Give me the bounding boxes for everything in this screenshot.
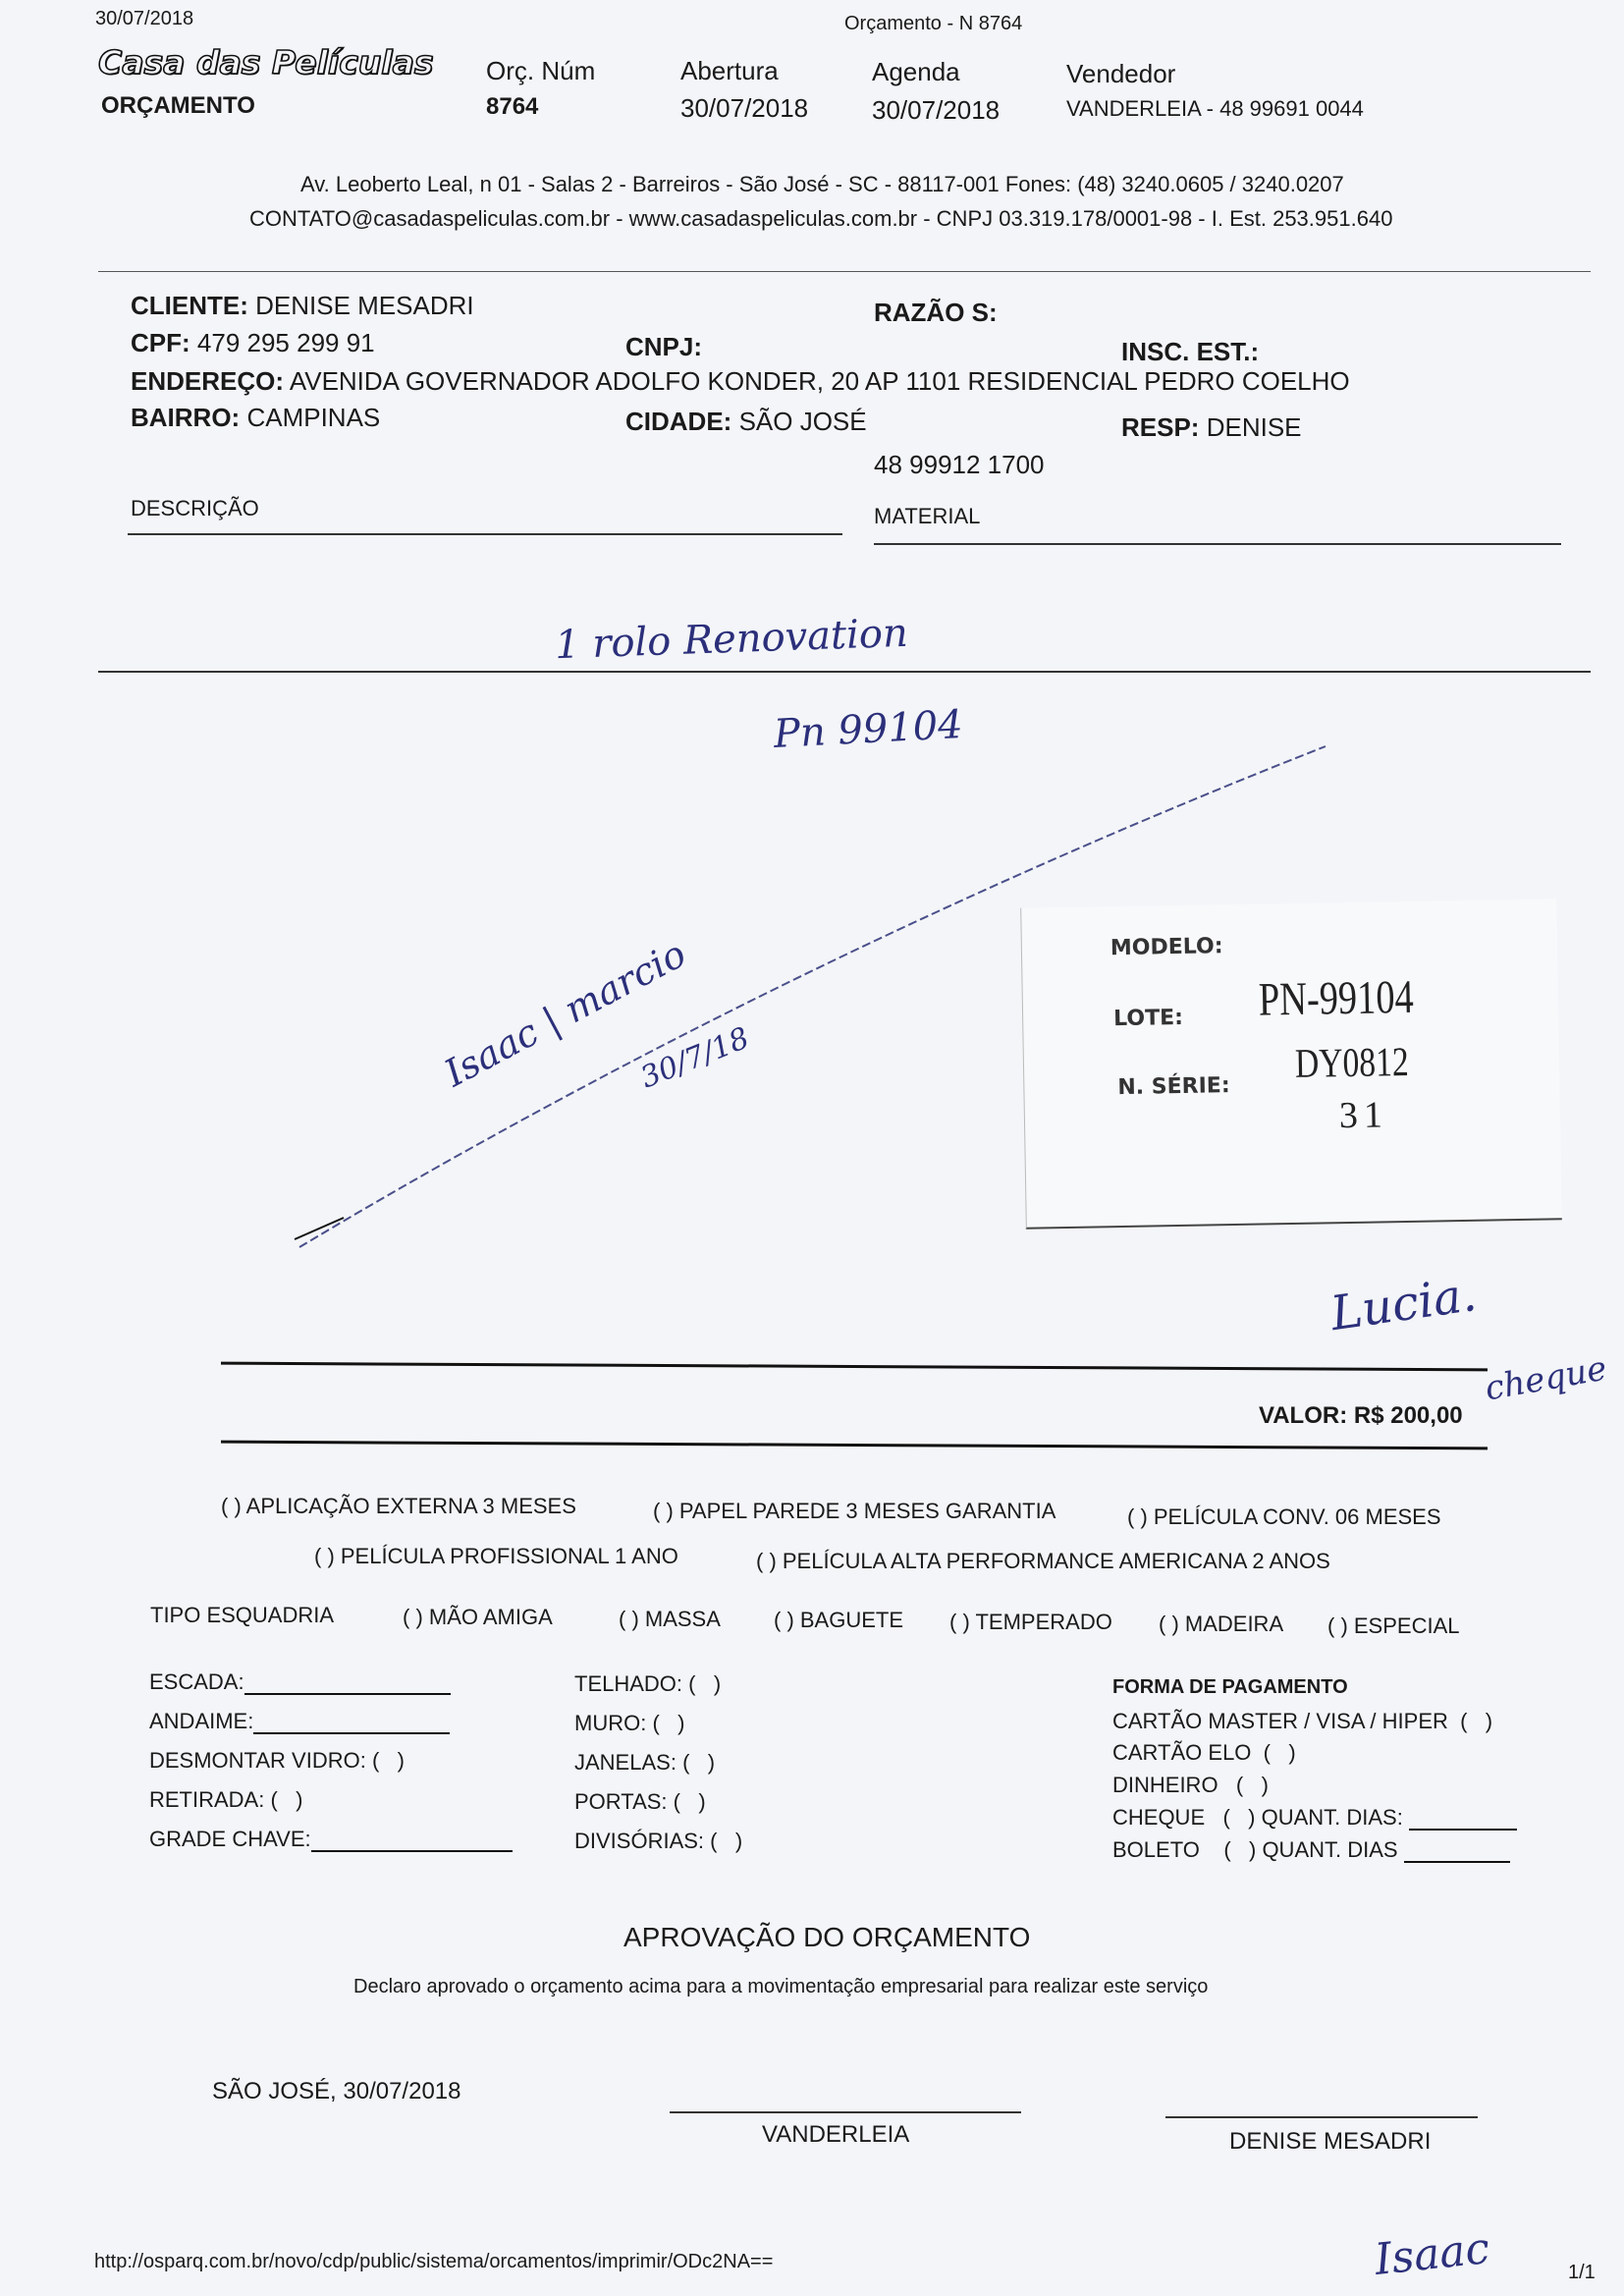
description-line (98, 671, 1591, 673)
retirada-field[interactable]: RETIRADA: ( ) (149, 1787, 302, 1813)
lote-value: DY0812 (1295, 1039, 1410, 1088)
valor-field: VALOR: R$ 200,00 (1259, 1402, 1463, 1430)
client-signature-line (1165, 2116, 1478, 2118)
payment-card-elo[interactable]: CARTÃO ELO ( ) (1112, 1740, 1296, 1766)
cliente-field: CLIENTE: DENISE MESADRI (131, 291, 474, 321)
insc-est-label: INSC. EST.: (1121, 337, 1259, 367)
handwritten-description: 1 rolo Renovation (554, 611, 908, 669)
esquadria-label: TIPO ESQUADRIA (150, 1603, 334, 1628)
seller-name: VANDERLEIA (762, 2121, 909, 2149)
esquadria-massa[interactable]: ( ) MASSA (619, 1607, 721, 1632)
desmontar-vidro-field[interactable]: DESMONTAR VIDRO: ( ) (149, 1748, 405, 1774)
payment-card-master[interactable]: CARTÃO MASTER / VISA / HIPER ( ) (1112, 1709, 1492, 1734)
warranty-option-external[interactable]: ( ) APLICAÇÃO EXTERNA 3 MESES (221, 1494, 576, 1519)
vendedor-value: VANDERLEIA - 48 99691 0044 (1066, 96, 1364, 122)
warranty-option-high-performance[interactable]: ( ) PELÍCULA ALTA PERFORMANCE AMERICANA … (756, 1549, 1330, 1574)
page-number: 1/1 (1568, 2262, 1596, 2284)
esquadria-mao-amiga[interactable]: ( ) MÃO AMIGA (403, 1605, 553, 1630)
esquadria-baguete[interactable]: ( ) BAGUETE (774, 1608, 903, 1633)
doc-type: ORÇAMENTO (101, 92, 255, 120)
esquadria-madeira[interactable]: ( ) MADEIRA (1159, 1612, 1283, 1637)
valor-top-line (221, 1362, 1488, 1372)
approval-title: APROVAÇÃO DO ORÇAMENTO (623, 1922, 1030, 1953)
descricao-label: DESCRIÇÃO (131, 496, 259, 521)
material-label: MATERIAL (874, 504, 980, 529)
muro-field[interactable]: MURO: ( ) (574, 1711, 684, 1736)
warranty-option-conv[interactable]: ( ) PELÍCULA CONV. 06 MESES (1127, 1504, 1441, 1530)
approval-statement: Declaro aprovado o orçamento acima para … (353, 1976, 1208, 1998)
payment-cash[interactable]: DINHEIRO ( ) (1112, 1773, 1269, 1798)
product-label-sticker: MODELO: PN-99104 LOTE: DY0812 N. SÉRIE: … (1020, 899, 1562, 1229)
place-date: SÃO JOSÉ, 30/07/2018 (212, 2078, 461, 2105)
agenda-label: Agenda (872, 57, 960, 87)
resp-phone: 48 99912 1700 (874, 450, 1045, 480)
client-name: DENISE MESADRI (1229, 2128, 1431, 2156)
seller-signature-line (670, 2111, 1021, 2113)
modelo-label: MODELO: (1110, 934, 1223, 960)
handwritten-initials: Lucia. (1327, 1267, 1480, 1341)
escada-field[interactable]: ESCADA: (149, 1669, 451, 1695)
handwritten-payment-note: cheque (1482, 1348, 1609, 1408)
footer-initials: Isaac (1373, 2223, 1492, 2285)
descricao-line (128, 533, 842, 535)
cidade-field: CIDADE: SÃO JOSÉ (625, 407, 867, 437)
resp-field: RESP: DENISE (1121, 412, 1302, 443)
material-line (874, 543, 1561, 545)
print-title: Orçamento - N 8764 (844, 13, 1022, 35)
payment-title: FORMA DE PAGAMENTO (1112, 1676, 1348, 1699)
payment-boleto[interactable]: BOLETO ( ) QUANT. DIAS (1112, 1837, 1510, 1863)
warranty-option-wallpaper[interactable]: ( ) PAPEL PAREDE 3 MESES GARANTIA (653, 1499, 1056, 1524)
esquadria-temperado[interactable]: ( ) TEMPERADO (949, 1610, 1112, 1635)
company-address: Av. Leoberto Leal, n 01 - Salas 2 - Barr… (300, 172, 1344, 197)
portas-field[interactable]: PORTAS: ( ) (574, 1789, 706, 1815)
andaime-field[interactable]: ANDAIME: (149, 1709, 450, 1734)
company-contact: CONTATO@casadaspeliculas.com.br - www.ca… (249, 206, 1392, 232)
abertura-value: 30/07/2018 (680, 93, 808, 124)
payment-cheque[interactable]: CHEQUE ( ) QUANT. DIAS: (1112, 1805, 1517, 1831)
divisorias-field[interactable]: DIVISÓRIAS: ( ) (574, 1829, 742, 1854)
divider (98, 271, 1591, 272)
cnpj-label: CNPJ: (625, 332, 702, 362)
endereco-field: ENDEREÇO: AVENIDA GOVERNADOR ADOLFO KOND… (131, 366, 1350, 397)
company-logo: Casa das Películas (98, 43, 434, 82)
modelo-value: PN-99104 (1258, 970, 1414, 1027)
lote-label: LOTE: (1113, 1006, 1183, 1031)
cpf-field: CPF: 479 295 299 91 (131, 328, 375, 358)
telhado-field[interactable]: TELHADO: ( ) (574, 1671, 721, 1697)
bairro-field: BAIRRO: CAMPINAS (131, 403, 380, 433)
razao-label: RAZÃO S: (874, 298, 998, 328)
orc-num-value: 8764 (486, 93, 538, 121)
serie-value: 31 (1339, 1093, 1389, 1137)
grade-chave-field[interactable]: GRADE CHAVE: (149, 1827, 513, 1852)
print-date: 30/07/2018 (95, 8, 193, 30)
serie-label: N. SÉRIE: (1117, 1073, 1230, 1100)
abertura-label: Abertura (680, 56, 779, 86)
footer-url[interactable]: http://osparq.com.br/novo/cdp/public/sis… (94, 2251, 773, 2273)
esquadria-especial[interactable]: ( ) ESPECIAL (1327, 1613, 1459, 1639)
agenda-value: 30/07/2018 (872, 95, 1000, 126)
janelas-field[interactable]: JANELAS: ( ) (574, 1750, 715, 1776)
warranty-option-professional[interactable]: ( ) PELÍCULA PROFISSIONAL 1 ANO (314, 1544, 678, 1569)
vendedor-label: Vendedor (1066, 59, 1175, 89)
valor-bottom-line (221, 1441, 1488, 1450)
orc-num-label: Orç. Núm (486, 56, 595, 86)
